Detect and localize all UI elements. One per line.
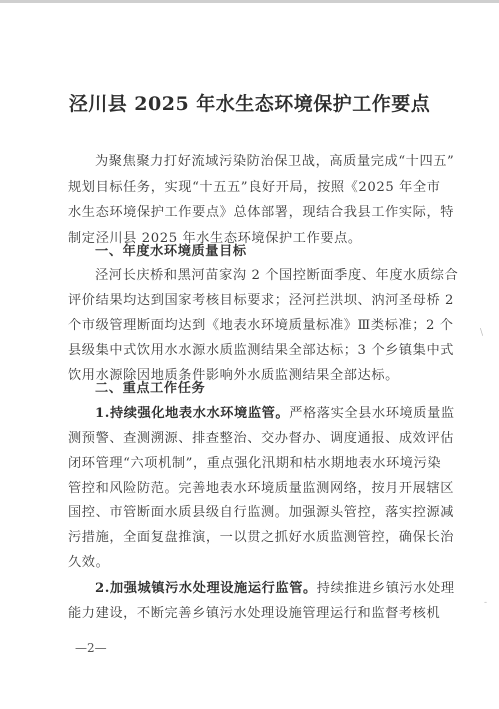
section-1-line-1: 泾河长庆桥和黑河苗家沟 2 个国控断面季度、年度水质综合 xyxy=(95,268,495,284)
item-1-line-6: 污措施，全面复盘推演，一以贯之抓好水质监测管控，确保长治 xyxy=(68,530,468,546)
section-1-heading: 一、年度水环境质量目标 xyxy=(95,244,495,260)
item-1-line-3: 闭环管理“六项机制”，重点强化汛期和枯水期地表水环境污染 xyxy=(68,456,468,472)
scan-mark: - xyxy=(484,598,487,608)
intro-line-1: 为聚焦聚力打好流域污染防治保卫战，高质量完成“十四五” xyxy=(95,154,495,170)
intro-line-2: 规划目标任务，实现“十五五”良好开局，按照《2025 年全市 xyxy=(68,180,468,196)
item-1-lead: 1.持续强化地表水水环境监管。 xyxy=(95,406,289,421)
item-2-first-line-rest: 持续推进乡镇污水处理 xyxy=(317,581,455,596)
item-1-first-line-rest: 严格落实全县水环境质量监 xyxy=(289,406,454,421)
item-1-line-2: 测预警、查测溯源、排查整治、交办督办、调度通报、成效评估 xyxy=(68,431,468,447)
item-1-line-5: 国控、市管断面水质县级自行监测。加强源头管控，落实控源减 xyxy=(68,505,468,521)
item-2-line-2: 能力建设，不断完善乡镇污水处理设施管理运行和监督考核机 xyxy=(68,606,468,622)
item-1-line-4: 管控和风险防范。完善地表水环境质量监测网络，按月开展辖区 xyxy=(68,481,468,497)
item-2-lead: 2.加强城镇污水处理设施运行监管。 xyxy=(95,581,317,596)
section-1-line-4: 县级集中式饮用水水源水质监测结果全部达标；3 个乡镇集中式 xyxy=(68,343,468,359)
item-2-first-line: 2.加强城镇污水处理设施运行监管。持续推进乡镇污水处理 xyxy=(95,581,495,597)
section-2-heading: 二、重点工作任务 xyxy=(95,381,495,397)
section-1-line-2: 评价结果均达到国家考核目标要求；泾河拦洪坝、汭河圣母桥 2 xyxy=(68,293,468,309)
intro-line-3: 水生态环境保护工作要点》总体部署，现结合我县工作实际，特 xyxy=(68,205,468,221)
page-number: —2— xyxy=(75,641,107,655)
item-1-line-7: 久效。 xyxy=(68,555,468,571)
section-1-line-3: 个市级管理断面均达到《地表水环境质量标准》Ⅲ类标准；2 个 xyxy=(68,318,468,334)
scan-mark: \ xyxy=(480,328,483,338)
document-title: 泾川县 2025 年水生态环境保护工作要点 xyxy=(0,89,499,116)
document-page: 泾川县 2025 年水生态环境保护工作要点 为聚焦聚力打好流域污染防治保卫战，高… xyxy=(0,0,499,709)
item-1-first-line: 1.持续强化地表水水环境监管。严格落实全县水环境质量监 xyxy=(95,406,495,422)
